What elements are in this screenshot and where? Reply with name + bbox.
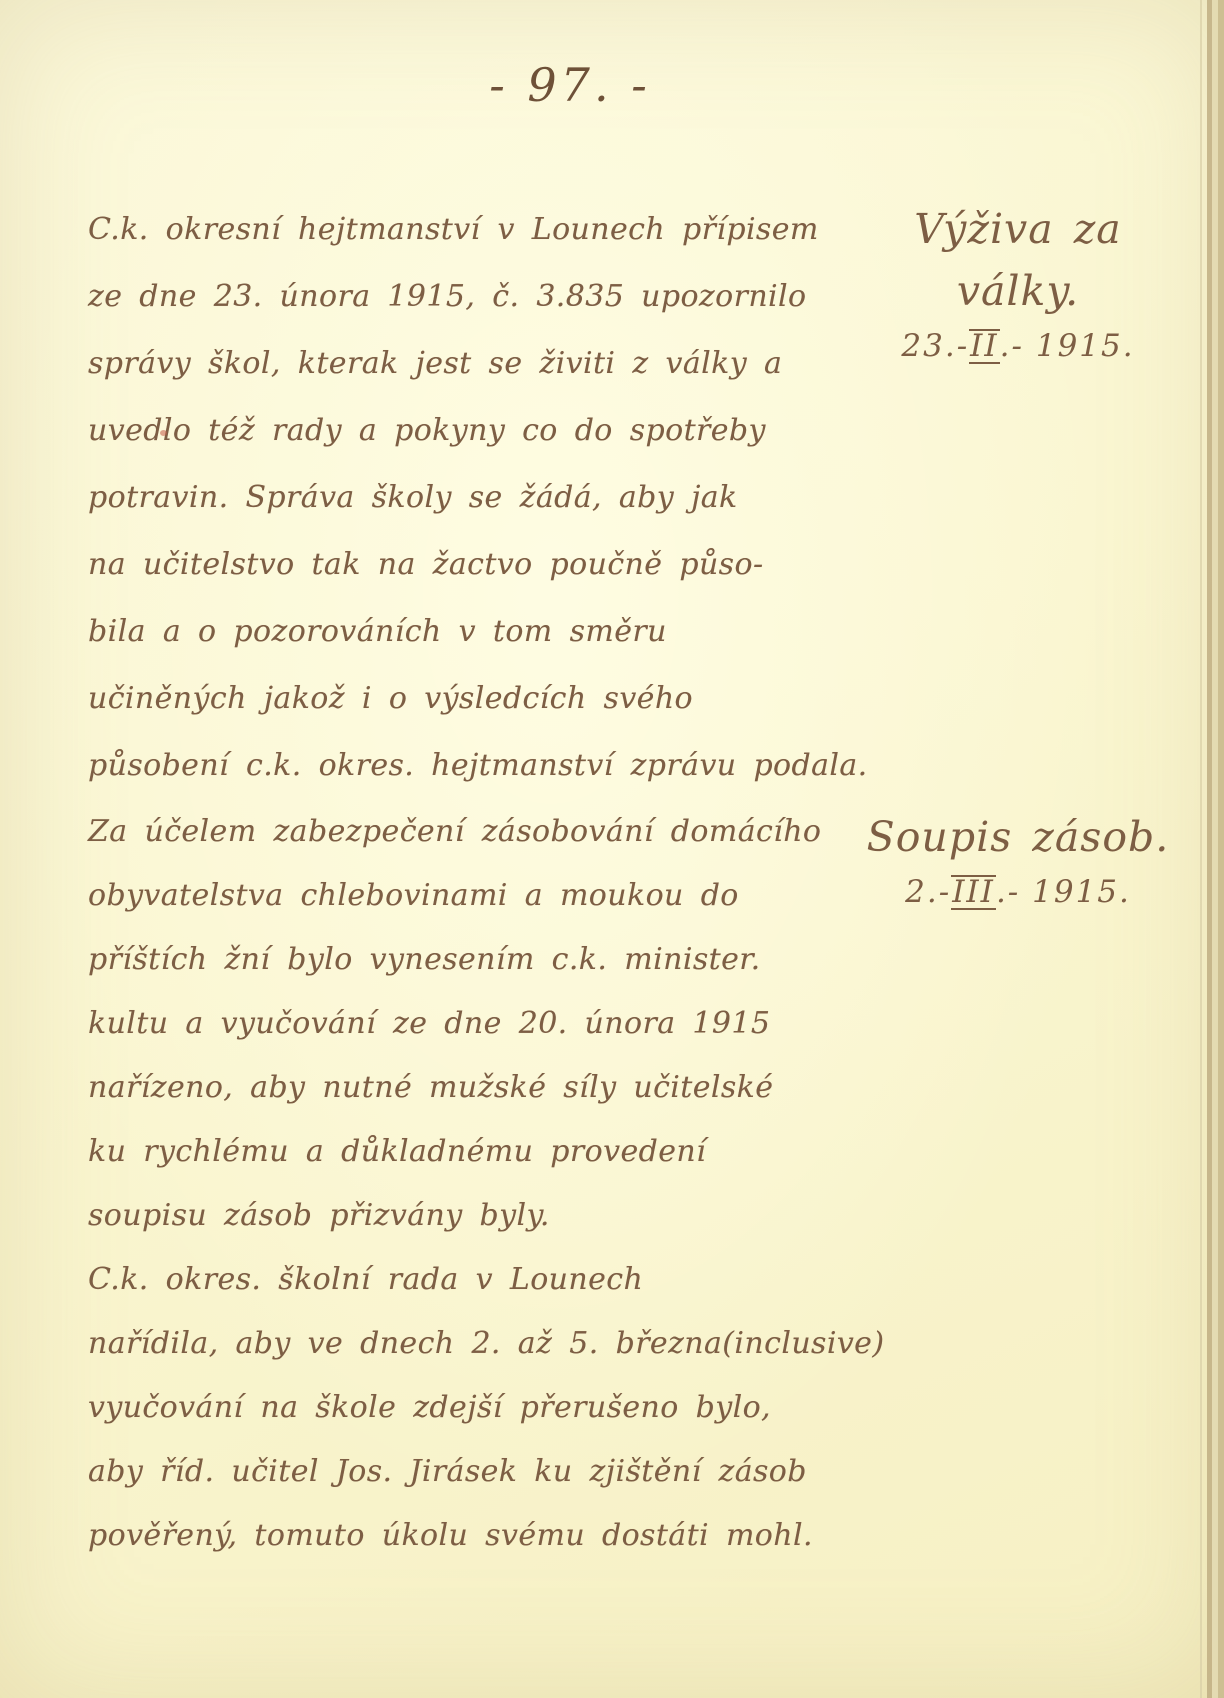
body-line: Za účelem zabezpečení zásobování domácíh… (88, 800, 863, 864)
margin-note-date: 23.-II.- 1915. (848, 322, 1188, 370)
body-line: na učitelstvo tak na žactvo poučně půso- (88, 531, 863, 598)
body-line: působení c.k. okres. hejtmanství zprávu … (88, 732, 863, 799)
margin-note-supply-inventory: Soupis zásob. 2.-III.- 1915. (848, 806, 1188, 916)
body-line: C.k. okresní hejtmanství v Lounech přípi… (88, 196, 863, 263)
body-line: bila a o pozorováních v tom směru (88, 598, 863, 665)
page-edge-line (1200, 0, 1202, 1698)
margin-note-title: Soupis zásob. (848, 806, 1188, 868)
body-line: potravin. Správa školy se žádá, aby jak (88, 464, 863, 531)
roman-numeral: III (951, 875, 996, 910)
body-line: soupisu zásob přizvány byly. (88, 1184, 863, 1248)
paragraph-supply-inventory: Za účelem zabezpečení zásobování domácíh… (88, 800, 863, 1568)
body-line: ze dne 23. února 1915, č. 3.835 upozorni… (88, 263, 863, 330)
chronicle-page: - 97. - C.k. okresní hejtmanství v Loune… (0, 0, 1224, 1698)
body-line: pověřený, tomuto úkolu svému dostáti moh… (88, 1504, 863, 1568)
body-line: ku rychlému a důkladnému provedení (88, 1120, 863, 1184)
margin-note-date: 2.-III.- 1915. (848, 868, 1188, 916)
body-line: učiněných jakož i o výsledcích svého (88, 665, 863, 732)
paper-speck (160, 430, 167, 436)
body-line: nařídila, aby ve dnech 2. až 5. března(i… (88, 1312, 863, 1376)
body-line: C.k. okres. školní rada v Lounech (88, 1248, 863, 1312)
margin-note-title: války. (848, 260, 1188, 322)
margin-note-food-during-war: Výživa za války. 23.-II.- 1915. (848, 198, 1188, 370)
body-line: uvedlo též rady a pokyny co do spotřeby (88, 397, 863, 464)
body-line: obyvatelstva chlebovinami a moukou do (88, 864, 863, 928)
margin-note-title: Výživa za (848, 198, 1188, 260)
body-line: vyučování na škole zdejší přerušeno bylo… (88, 1376, 863, 1440)
page-edge-line (1218, 0, 1224, 1698)
body-line: nařízeno, aby nutné mužské síly učitelsk… (88, 1056, 863, 1120)
roman-numeral: II (969, 329, 1000, 364)
paragraph-food-during-war: C.k. okresní hejtmanství v Lounech přípi… (88, 196, 863, 799)
body-line: kultu a vyučování ze dne 20. února 1915 (88, 992, 863, 1056)
body-line: správy škol, kterak jest se živiti z vál… (88, 330, 863, 397)
body-line: aby říd. učitel Jos. Jirásek ku zjištění… (88, 1440, 863, 1504)
page-number: - 97. - (440, 58, 700, 112)
body-line: příštích žní bylo vynesením c.k. ministe… (88, 928, 863, 992)
